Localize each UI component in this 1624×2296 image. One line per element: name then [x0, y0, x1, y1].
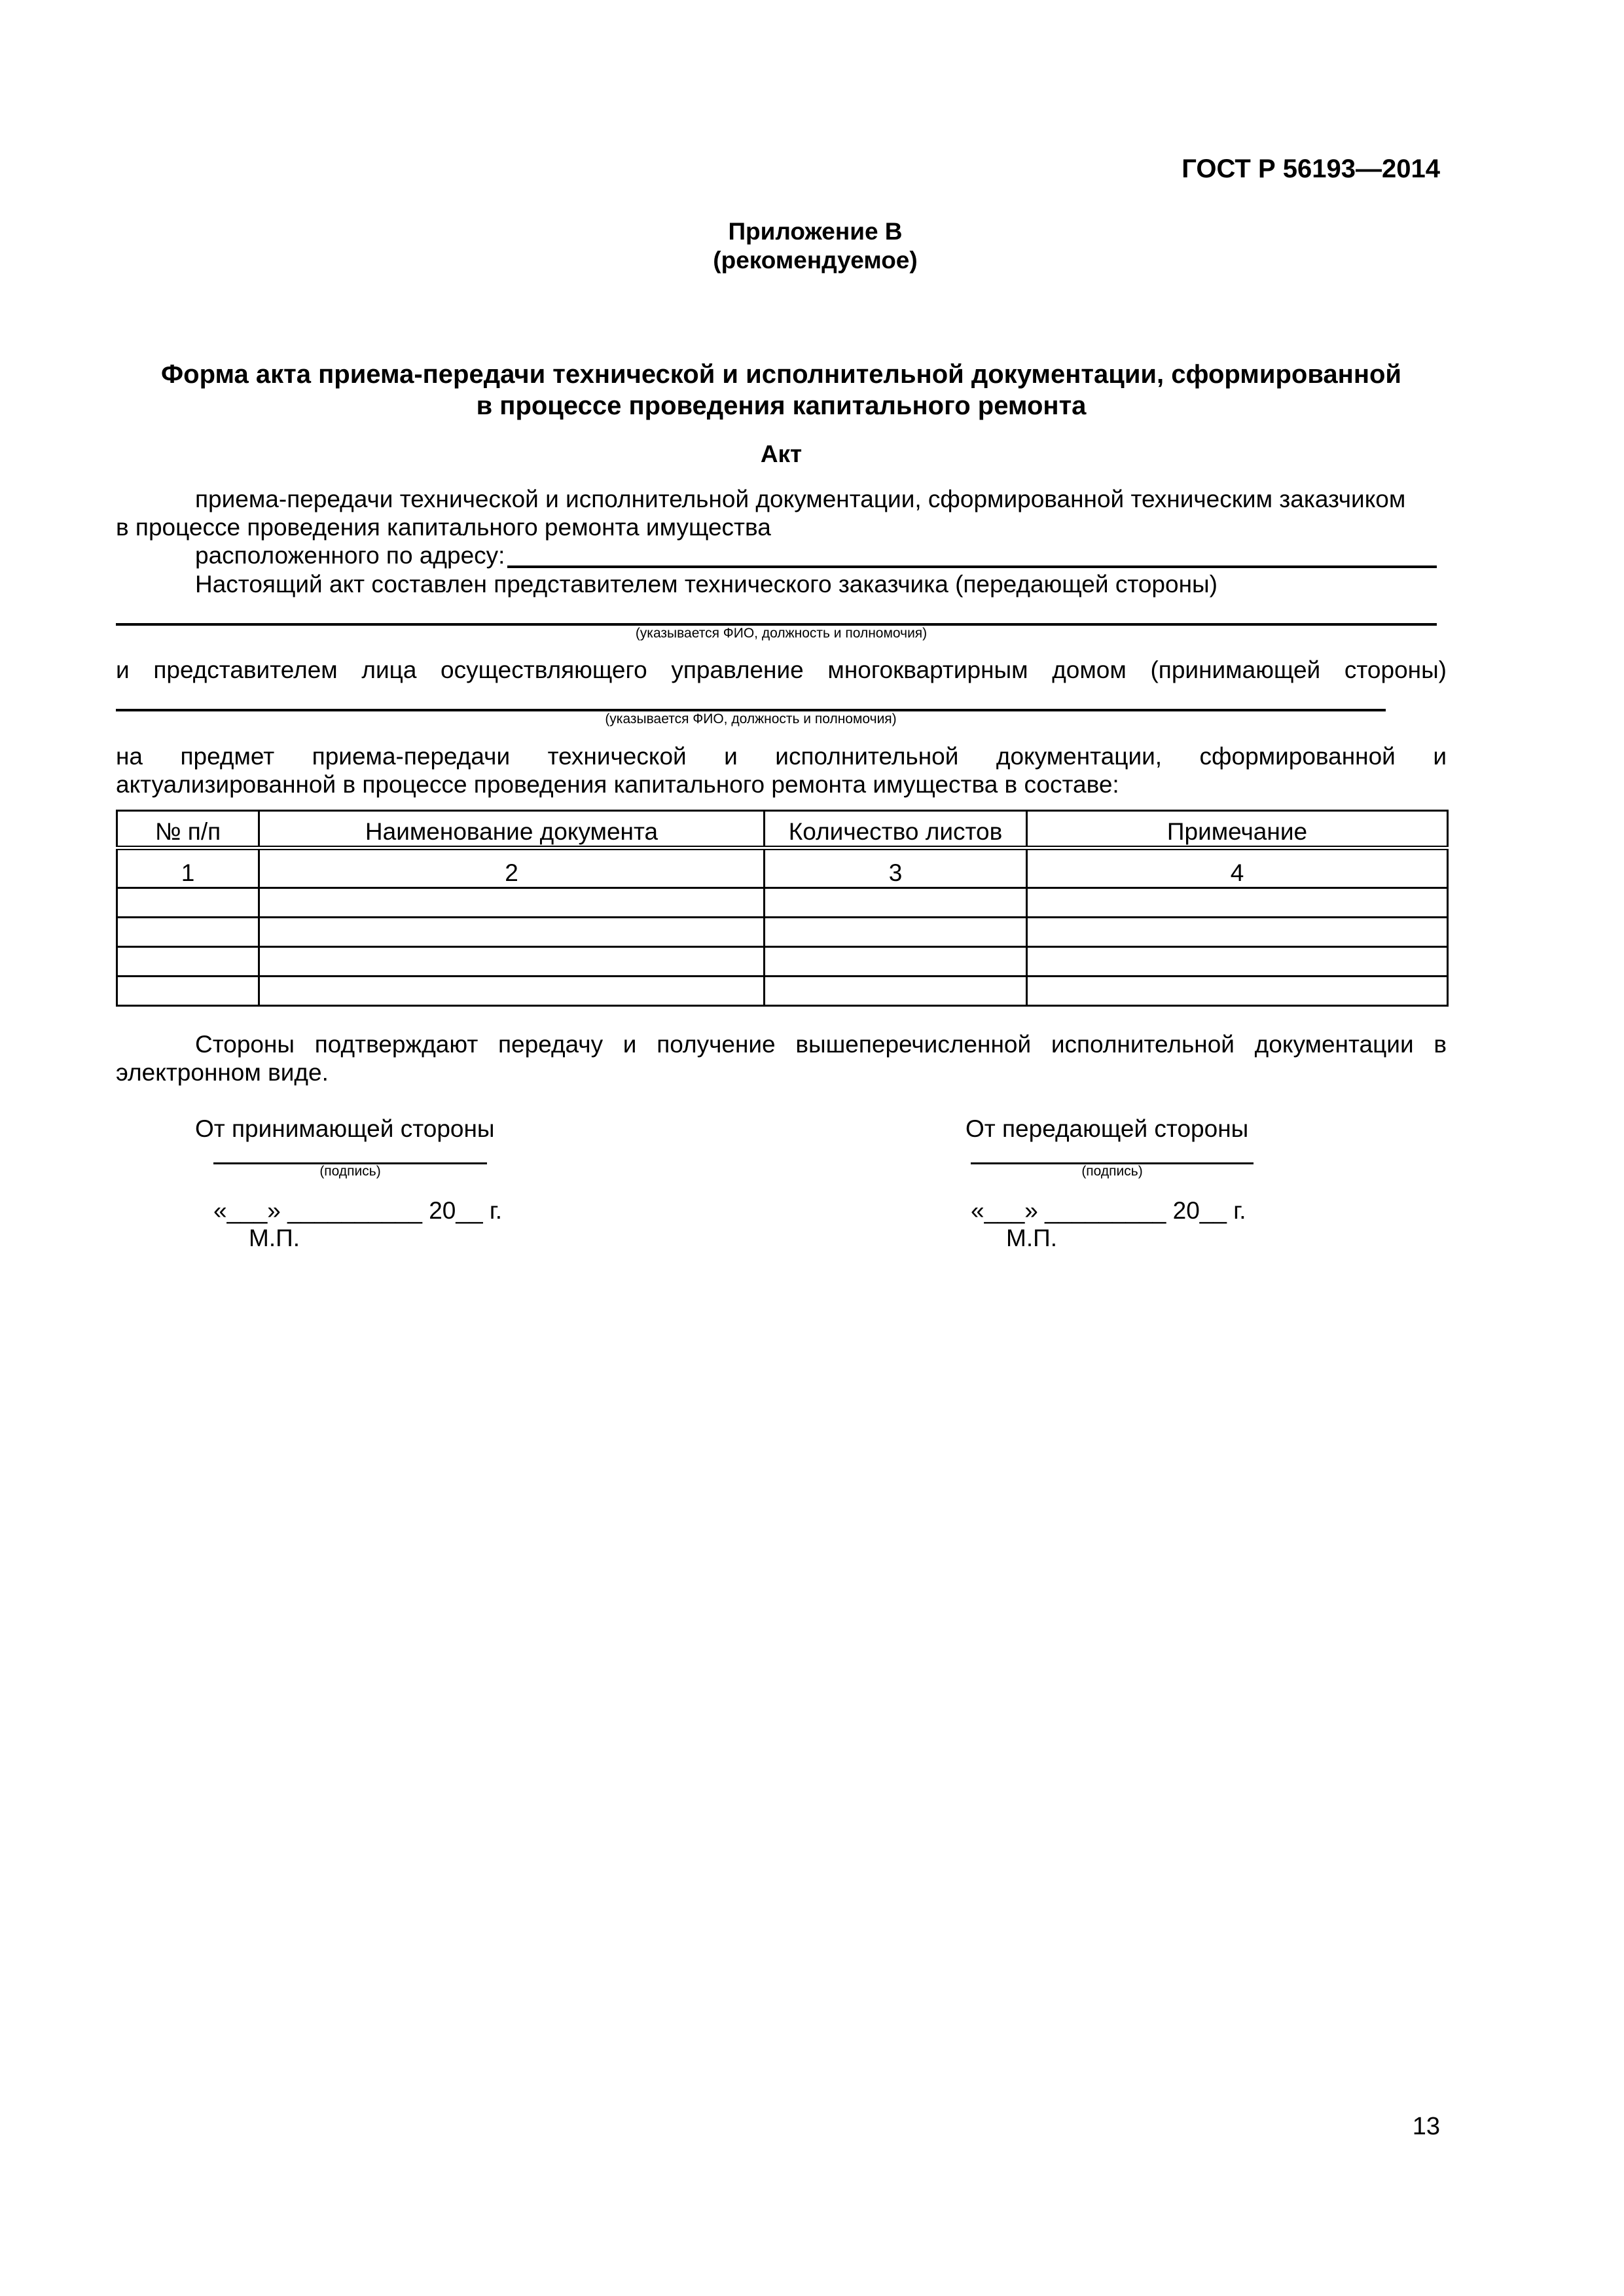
- transferring-party-label: От передающей стороны: [965, 1115, 1248, 1143]
- table-row: [117, 977, 1448, 1006]
- table-column-numbers-row: 1 2 3 4: [117, 848, 1448, 888]
- table-row: [117, 918, 1448, 947]
- address-label: расположенного по адресу:: [195, 541, 505, 570]
- table-cell[interactable]: [765, 977, 1027, 1006]
- table-cell[interactable]: [117, 918, 259, 947]
- standard-code: ГОСТ Р 56193—2014: [1182, 154, 1440, 183]
- form-title: Форма акта приема-передачи технической и…: [116, 359, 1447, 422]
- table-cell[interactable]: [1027, 888, 1448, 918]
- receiving-rep-text: и представителем лица осуществляющего уп…: [116, 656, 1447, 685]
- fio-hint-1: (указывается ФИО, должность и полномочия…: [116, 626, 1447, 641]
- table-row: [117, 947, 1448, 977]
- act-intro-line1: приема-передачи технической и исполнител…: [195, 485, 1405, 514]
- receiving-party-label: От принимающей стороны: [195, 1115, 495, 1143]
- fio-hint-2: (указывается ФИО, должность и полномочия…: [116, 711, 1386, 727]
- table-cell[interactable]: [117, 947, 259, 977]
- appendix-status: (рекомендуемое): [0, 246, 1624, 275]
- col-header-sheet-count: Количество листов: [765, 811, 1027, 848]
- act-heading: Акт: [116, 440, 1447, 469]
- col-number-1: 1: [117, 848, 259, 888]
- receiving-date-line: «___» __________ 20__ г.: [213, 1196, 502, 1225]
- confirmation-line1: Стороны подтверждают передачу и получени…: [195, 1030, 1447, 1059]
- table-cell[interactable]: [765, 947, 1027, 977]
- table-cell[interactable]: [259, 888, 765, 918]
- table-cell[interactable]: [117, 977, 259, 1006]
- col-number-2: 2: [259, 848, 765, 888]
- table-cell[interactable]: [1027, 918, 1448, 947]
- address-input-line[interactable]: [507, 565, 1437, 568]
- receiving-signature-hint: (подпись): [213, 1164, 487, 1179]
- col-header-note: Примечание: [1027, 811, 1448, 848]
- table-cell[interactable]: [765, 888, 1027, 918]
- compiled-by-text: Настоящий акт составлен представителем т…: [195, 570, 1218, 599]
- form-title-line1: Форма акта приема-передачи технической и…: [116, 359, 1447, 390]
- appendix-label: Приложение В: [0, 217, 1624, 246]
- transferring-signature-hint: (подпись): [971, 1164, 1254, 1179]
- col-number-4: 4: [1027, 848, 1448, 888]
- table-cell[interactable]: [259, 947, 765, 977]
- table-cell[interactable]: [259, 977, 765, 1006]
- act-intro-line2: в процессе проведения капитального ремон…: [116, 513, 771, 542]
- receiving-stamp-label: М.П.: [249, 1224, 300, 1253]
- table-cell[interactable]: [259, 918, 765, 947]
- table-row: [117, 888, 1448, 918]
- table-cell[interactable]: [117, 888, 259, 918]
- col-header-number: № п/п: [117, 811, 259, 848]
- col-header-document-name: Наименование документа: [259, 811, 765, 848]
- appendix-title: Приложение В (рекомендуемое): [0, 217, 1624, 275]
- table-header-row: № п/п Наименование документа Количество …: [117, 811, 1448, 848]
- col-number-3: 3: [765, 848, 1027, 888]
- form-title-line2: в процессе проведения капитального ремон…: [116, 390, 1447, 422]
- confirmation-line2: электронном виде.: [116, 1058, 329, 1087]
- transferring-stamp-label: М.П.: [1006, 1224, 1057, 1253]
- documents-table: № п/п Наименование документа Количество …: [116, 810, 1449, 1007]
- subject-line1: на предмет приема-передачи технической и…: [116, 742, 1447, 771]
- transferring-date-line: «___» _________ 20__ г.: [971, 1196, 1246, 1225]
- subject-line2: актуализированной в процессе проведения …: [116, 770, 1119, 799]
- table-cell[interactable]: [765, 918, 1027, 947]
- page-number: 13: [1413, 2112, 1440, 2141]
- table-cell[interactable]: [1027, 947, 1448, 977]
- table-cell[interactable]: [1027, 977, 1448, 1006]
